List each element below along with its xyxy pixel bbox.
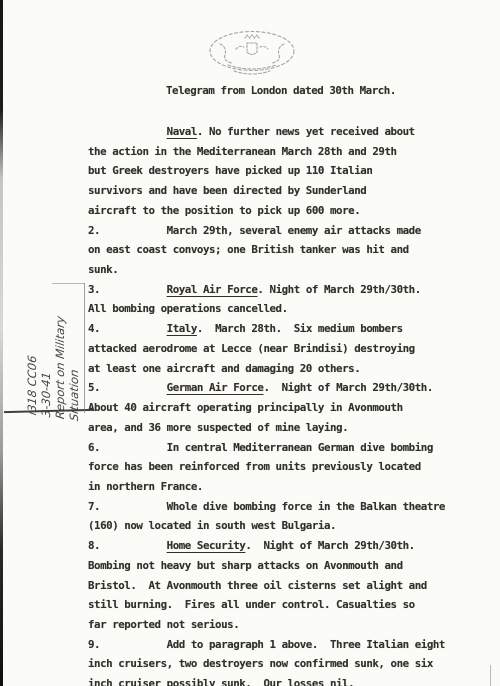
annotation-line: Report on Military [53, 284, 67, 420]
paragraph-8: 8. Home Security. Night of March 29th/30… [88, 536, 468, 635]
paragraph-4: 4. Italy. March 28th. Six medium bombers… [88, 319, 468, 378]
paragraph-9: 9. Add to paragraph 1 above. Three Itali… [88, 635, 468, 686]
paragraph-text: . Night of March 29th/30th. Bombing not … [88, 539, 427, 631]
paragraph-text: 7. Whole dive bombing force in the Balka… [88, 500, 445, 533]
page: { "page": { "paper_color": "#fbfbf8", "i… [0, 0, 500, 686]
paragraph-2: 2. March 29th, several enemy air attacks… [88, 221, 468, 280]
paragraph-text: 4. [88, 322, 167, 335]
telegram-title: Telegram from London dated 30th March. [166, 84, 396, 97]
annotation-line: 3-30-41 [39, 282, 53, 418]
paragraph-text: 5. [88, 381, 167, 394]
scan-right-mark [490, 665, 491, 686]
section-heading: German Air Force [167, 381, 264, 394]
paragraph-7: 7. Whole dive bombing force in the Balka… [88, 497, 468, 536]
section-heading: Naval [167, 125, 197, 138]
document-body: Naval. No further news yet received abou… [88, 122, 468, 686]
scan-left-edge [0, 0, 3, 686]
annotation-bracket-vertical-line [84, 283, 85, 413]
paragraph-text: 9. Add to paragraph 1 above. Three Itali… [88, 638, 445, 686]
paragraph-text: 6. In central Mediterranean German dive … [88, 441, 433, 493]
section-heading: Royal Air Force [167, 283, 258, 296]
margin-annotation: i318 CC063-30-41Report on MilitarySituat… [25, 280, 81, 422]
paragraph-text: 2. March 29th, several enemy air attacks… [88, 224, 421, 276]
annotation-line: i318 CC06 [25, 280, 39, 416]
section-heading: Italy [167, 322, 197, 335]
paragraph-5: 5. German Air Force. Night of March 29th… [88, 378, 468, 437]
paragraph-text: 8. [88, 539, 167, 552]
official-seal-icon [206, 29, 298, 79]
paragraph-text: 3. [88, 283, 167, 296]
paragraph-3: 3. Royal Air Force. Night of March 29th/… [88, 280, 468, 319]
annotation-bracket-horizontal-line [52, 283, 85, 284]
paragraph-text [88, 125, 167, 138]
section-heading: Home Security [167, 539, 246, 552]
annotation-line: Situation [67, 286, 81, 422]
paragraph-6: 6. In central Mediterranean German dive … [88, 438, 468, 497]
paragraph-text: . No further news yet received about the… [88, 125, 415, 217]
paragraph-1: Naval. No further news yet received abou… [88, 122, 468, 221]
